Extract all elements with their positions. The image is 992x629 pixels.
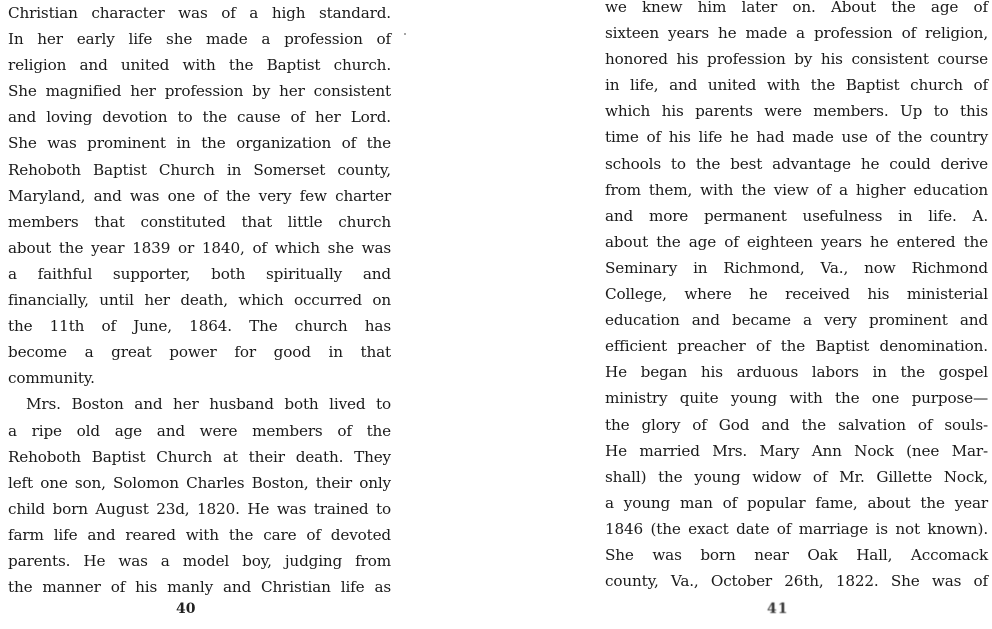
text-line: shall) the young widow of Mr. Gillette N… xyxy=(605,464,988,490)
text-line: sixteen years he made a profession of re… xyxy=(605,20,988,46)
text-line: He began his arduous labors in the gospe… xyxy=(605,359,988,385)
text-line: the glory of God and the salvation of so… xyxy=(605,412,988,438)
text-line: left one son, Solomon Charles Boston, th… xyxy=(8,470,391,496)
text-line: In her early life she made a profession … xyxy=(8,26,391,52)
text-line: which his parents were members. Up to th… xyxy=(605,98,988,124)
text-line: education and became a very prominent an… xyxy=(605,307,988,333)
text-line: about the year 1839 or 1840, of which sh… xyxy=(8,235,391,261)
text-line: the 11th of June, 1864. The church has xyxy=(8,313,391,339)
text-line: She was prominent in the organization of… xyxy=(8,130,391,156)
text-line: Mrs. Boston and her husband both lived t… xyxy=(8,391,391,417)
text-line: She was born near Oak Hall, Accomack xyxy=(605,542,988,568)
text-line: 1846 (the exact date of marriage is not … xyxy=(605,516,988,542)
text-line: efficient preacher of the Baptist denomi… xyxy=(605,333,988,359)
text-line: community. xyxy=(8,365,391,391)
text-line: child born August 23d, 1820. He was trai… xyxy=(8,496,391,522)
page-gutter xyxy=(400,0,595,629)
text-line: Maryland, and was one of the very few ch… xyxy=(8,183,391,209)
text-line: Rehoboth Baptist Church in Somerset coun… xyxy=(8,157,391,183)
text-line: a faithful supporter, both spiritually a… xyxy=(8,261,391,287)
text-line: parents. He was a model boy, judging fro… xyxy=(8,548,391,574)
text-line: county, Va., October 26th, 1822. She was… xyxy=(605,568,988,594)
left-page: Christian character was of a high standa… xyxy=(8,0,391,629)
text-line: farm life and reared with the care of de… xyxy=(8,522,391,548)
scan-speck xyxy=(404,33,406,35)
text-line: financially, until her death, which occu… xyxy=(8,287,391,313)
left-page-number: 40 xyxy=(176,601,195,617)
text-line: in life, and united with the Baptist chu… xyxy=(605,72,988,98)
text-line: ministry quite young with the one purpos… xyxy=(605,385,988,411)
text-line: members that constituted that little chu… xyxy=(8,209,391,235)
text-line: Rehoboth Baptist Church at their death. … xyxy=(8,444,391,470)
text-line: Christian character was of a high standa… xyxy=(8,0,391,26)
left-page-text: Christian character was of a high standa… xyxy=(8,0,391,600)
text-line: He married Mrs. Mary Ann Nock (nee Mar- xyxy=(605,438,988,464)
text-line: a ripe old age and were members of the xyxy=(8,418,391,444)
text-line: and loving devotion to the cause of her … xyxy=(8,104,391,130)
text-line: College, where he received his ministeri… xyxy=(605,281,988,307)
right-page-text: we knew him later on. About the age ofsi… xyxy=(605,0,988,594)
text-line: from them, with the view of a higher edu… xyxy=(605,177,988,203)
text-line: time of his life he had made use of the … xyxy=(605,124,988,150)
text-line: we knew him later on. About the age of xyxy=(605,0,988,20)
text-line: Seminary in Richmond, Va., now Richmond xyxy=(605,255,988,281)
text-line: and more permanent usefulness in life. A… xyxy=(605,203,988,229)
right-page-number: 41 xyxy=(767,601,788,617)
text-line: honored his profession by his consistent… xyxy=(605,46,988,72)
right-page: we knew him later on. About the age ofsi… xyxy=(605,0,988,629)
text-line: become a great power for good in that xyxy=(8,339,391,365)
text-line: religion and united with the Baptist chu… xyxy=(8,52,391,78)
text-line: She magnified her profession by her cons… xyxy=(8,78,391,104)
text-line: schools to the best advantage he could d… xyxy=(605,151,988,177)
text-line: about the age of eighteen years he enter… xyxy=(605,229,988,255)
text-line: the manner of his manly and Christian li… xyxy=(8,574,391,600)
text-line: a young man of popular fame, about the y… xyxy=(605,490,988,516)
